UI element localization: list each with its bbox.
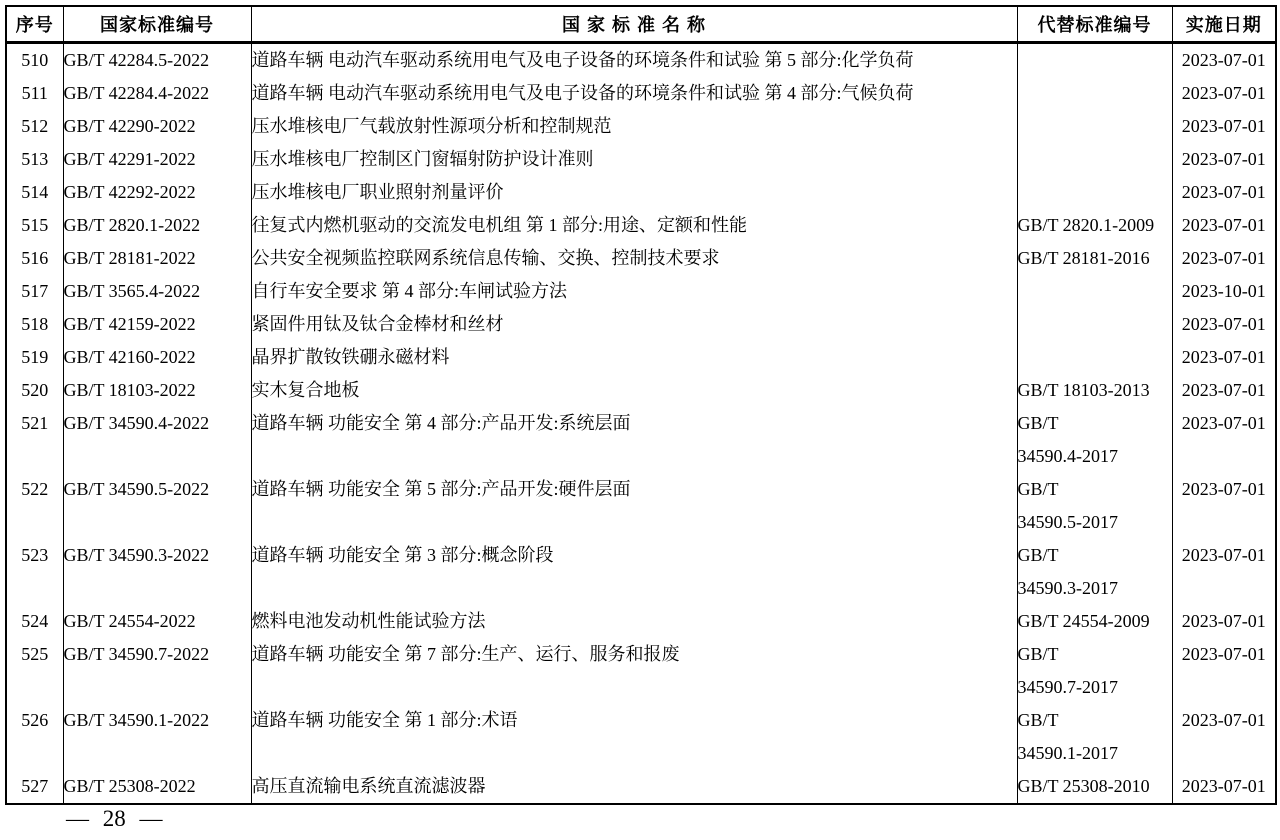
cell-seq: 512	[6, 110, 63, 143]
cell-replaced-code	[1017, 43, 1172, 78]
cell-seq: 520	[6, 374, 63, 407]
cell-standard-name: 压水堆核电厂控制区门窗辐射防护设计准则	[251, 143, 1017, 176]
cell-seq: 522	[6, 473, 63, 539]
cell-implementation-date: 2023-07-01	[1172, 110, 1276, 143]
cell-implementation-date: 2023-07-01	[1172, 638, 1276, 704]
cell-standard-name: 实木复合地板	[251, 374, 1017, 407]
cell-standard-code: GB/T 42292-2022	[63, 176, 251, 209]
cell-standard-code: GB/T 34590.3-2022	[63, 539, 251, 605]
standards-table: 序号 国家标准编号 国 家 标 准 名 称 代替标准编号 实施日期 510GB/…	[5, 5, 1277, 805]
table-row: 513GB/T 42291-2022压水堆核电厂控制区门窗辐射防护设计准则202…	[6, 143, 1276, 176]
cell-standard-name: 道路车辆 功能安全 第 7 部分:生产、运行、服务和报废	[251, 638, 1017, 704]
cell-seq: 517	[6, 275, 63, 308]
cell-replaced-code: GB/T 34590.4-2017	[1017, 407, 1172, 473]
cell-implementation-date: 2023-07-01	[1172, 704, 1276, 770]
table-row: 524GB/T 24554-2022燃料电池发动机性能试验方法GB/T 2455…	[6, 605, 1276, 638]
cell-standard-code: GB/T 42290-2022	[63, 110, 251, 143]
cell-seq: 510	[6, 43, 63, 78]
table-row: 527GB/T 25308-2022高压直流输电系统直流滤波器GB/T 2530…	[6, 770, 1276, 804]
cell-replaced-code	[1017, 275, 1172, 308]
cell-seq: 518	[6, 308, 63, 341]
cell-implementation-date: 2023-07-01	[1172, 143, 1276, 176]
cell-implementation-date: 2023-07-01	[1172, 374, 1276, 407]
col-header-standard-code: 国家标准编号	[63, 6, 251, 43]
cell-implementation-date: 2023-07-01	[1172, 473, 1276, 539]
table-row: 511GB/T 42284.4-2022道路车辆 电动汽车驱动系统用电气及电子设…	[6, 77, 1276, 110]
cell-replaced-code: GB/T 34590.5-2017	[1017, 473, 1172, 539]
table-row: 522GB/T 34590.5-2022道路车辆 功能安全 第 5 部分:产品开…	[6, 473, 1276, 539]
table-row: 515GB/T 2820.1-2022往复式内燃机驱动的交流发电机组 第 1 部…	[6, 209, 1276, 242]
cell-standard-code: GB/T 34590.5-2022	[63, 473, 251, 539]
cell-replaced-code	[1017, 308, 1172, 341]
cell-standard-code: GB/T 3565.4-2022	[63, 275, 251, 308]
cell-standard-name: 晶界扩散钕铁硼永磁材料	[251, 341, 1017, 374]
cell-implementation-date: 2023-07-01	[1172, 341, 1276, 374]
col-header-standard-name: 国 家 标 准 名 称	[251, 6, 1017, 43]
cell-replaced-code: GB/T 34590.3-2017	[1017, 539, 1172, 605]
cell-replaced-code	[1017, 77, 1172, 110]
cell-seq: 526	[6, 704, 63, 770]
cell-standard-code: GB/T 25308-2022	[63, 770, 251, 804]
cell-seq: 515	[6, 209, 63, 242]
cell-implementation-date: 2023-07-01	[1172, 43, 1276, 78]
table-row: 516GB/T 28181-2022公共安全视频监控联网系统信息传输、交换、控制…	[6, 242, 1276, 275]
cell-seq: 516	[6, 242, 63, 275]
table-row: 518GB/T 42159-2022紧固件用钛及钛合金棒材和丝材2023-07-…	[6, 308, 1276, 341]
cell-standard-code: GB/T 42284.5-2022	[63, 43, 251, 78]
cell-replaced-code: GB/T 34590.1-2017	[1017, 704, 1172, 770]
cell-implementation-date: 2023-07-01	[1172, 176, 1276, 209]
cell-implementation-date: 2023-07-01	[1172, 242, 1276, 275]
cell-replaced-code: GB/T 2820.1-2009	[1017, 209, 1172, 242]
cell-standard-code: GB/T 18103-2022	[63, 374, 251, 407]
cell-replaced-code: GB/T 18103-2013	[1017, 374, 1172, 407]
cell-standard-name: 公共安全视频监控联网系统信息传输、交换、控制技术要求	[251, 242, 1017, 275]
cell-standard-name: 道路车辆 功能安全 第 5 部分:产品开发:硬件层面	[251, 473, 1017, 539]
cell-implementation-date: 2023-10-01	[1172, 275, 1276, 308]
cell-implementation-date: 2023-07-01	[1172, 539, 1276, 605]
col-header-replaced-code: 代替标准编号	[1017, 6, 1172, 43]
table-row: 512GB/T 42290-2022压水堆核电厂气载放射性源项分析和控制规范20…	[6, 110, 1276, 143]
cell-standard-name: 道路车辆 电动汽车驱动系统用电气及电子设备的环境条件和试验 第 5 部分:化学负…	[251, 43, 1017, 78]
cell-replaced-code	[1017, 341, 1172, 374]
table-row: 519GB/T 42160-2022晶界扩散钕铁硼永磁材料2023-07-01	[6, 341, 1276, 374]
cell-standard-name: 压水堆核电厂职业照射剂量评价	[251, 176, 1017, 209]
cell-standard-name: 道路车辆 功能安全 第 1 部分:术语	[251, 704, 1017, 770]
table-row: 526GB/T 34590.1-2022道路车辆 功能安全 第 1 部分:术语G…	[6, 704, 1276, 770]
cell-replaced-code: GB/T 28181-2016	[1017, 242, 1172, 275]
cell-standard-code: GB/T 34590.4-2022	[63, 407, 251, 473]
cell-standard-name: 压水堆核电厂气载放射性源项分析和控制规范	[251, 110, 1017, 143]
cell-seq: 523	[6, 539, 63, 605]
cell-replaced-code	[1017, 110, 1172, 143]
table-header-row: 序号 国家标准编号 国 家 标 准 名 称 代替标准编号 实施日期	[6, 6, 1276, 43]
cell-seq: 511	[6, 77, 63, 110]
cell-standard-code: GB/T 42160-2022	[63, 341, 251, 374]
table-row: 510GB/T 42284.5-2022道路车辆 电动汽车驱动系统用电气及电子设…	[6, 43, 1276, 78]
document-page: 序号 国家标准编号 国 家 标 准 名 称 代替标准编号 实施日期 510GB/…	[0, 0, 1280, 840]
cell-standard-code: GB/T 28181-2022	[63, 242, 251, 275]
cell-seq: 525	[6, 638, 63, 704]
cell-standard-name: 自行车安全要求 第 4 部分:车闸试验方法	[251, 275, 1017, 308]
cell-replaced-code: GB/T 25308-2010	[1017, 770, 1172, 804]
cell-standard-code: GB/T 42159-2022	[63, 308, 251, 341]
col-header-implementation-date: 实施日期	[1172, 6, 1276, 43]
cell-standard-code: GB/T 42284.4-2022	[63, 77, 251, 110]
cell-implementation-date: 2023-07-01	[1172, 407, 1276, 473]
cell-seq: 524	[6, 605, 63, 638]
cell-standard-name: 紧固件用钛及钛合金棒材和丝材	[251, 308, 1017, 341]
cell-replaced-code: GB/T 24554-2009	[1017, 605, 1172, 638]
standards-table-body: 510GB/T 42284.5-2022道路车辆 电动汽车驱动系统用电气及电子设…	[6, 43, 1276, 805]
cell-implementation-date: 2023-07-01	[1172, 605, 1276, 638]
cell-implementation-date: 2023-07-01	[1172, 770, 1276, 804]
cell-standard-name: 道路车辆 电动汽车驱动系统用电气及电子设备的环境条件和试验 第 4 部分:气候负…	[251, 77, 1017, 110]
cell-seq: 519	[6, 341, 63, 374]
cell-seq: 521	[6, 407, 63, 473]
cell-standard-code: GB/T 42291-2022	[63, 143, 251, 176]
cell-standard-code: GB/T 24554-2022	[63, 605, 251, 638]
cell-implementation-date: 2023-07-01	[1172, 209, 1276, 242]
table-row: 523GB/T 34590.3-2022道路车辆 功能安全 第 3 部分:概念阶…	[6, 539, 1276, 605]
page-number: — 28 —	[66, 804, 163, 834]
cell-replaced-code	[1017, 143, 1172, 176]
cell-standard-name: 往复式内燃机驱动的交流发电机组 第 1 部分:用途、定额和性能	[251, 209, 1017, 242]
cell-standard-code: GB/T 2820.1-2022	[63, 209, 251, 242]
cell-seq: 514	[6, 176, 63, 209]
cell-seq: 527	[6, 770, 63, 804]
cell-implementation-date: 2023-07-01	[1172, 308, 1276, 341]
cell-standard-code: GB/T 34590.1-2022	[63, 704, 251, 770]
cell-replaced-code: GB/T 34590.7-2017	[1017, 638, 1172, 704]
cell-standard-name: 道路车辆 功能安全 第 4 部分:产品开发:系统层面	[251, 407, 1017, 473]
table-row: 517GB/T 3565.4-2022自行车安全要求 第 4 部分:车闸试验方法…	[6, 275, 1276, 308]
table-row: 514GB/T 42292-2022压水堆核电厂职业照射剂量评价2023-07-…	[6, 176, 1276, 209]
cell-implementation-date: 2023-07-01	[1172, 77, 1276, 110]
table-row: 525GB/T 34590.7-2022道路车辆 功能安全 第 7 部分:生产、…	[6, 638, 1276, 704]
table-row: 520GB/T 18103-2022实木复合地板GB/T 18103-20132…	[6, 374, 1276, 407]
col-header-seq: 序号	[6, 6, 63, 43]
cell-standard-name: 高压直流输电系统直流滤波器	[251, 770, 1017, 804]
cell-standard-name: 道路车辆 功能安全 第 3 部分:概念阶段	[251, 539, 1017, 605]
cell-standard-name: 燃料电池发动机性能试验方法	[251, 605, 1017, 638]
table-row: 521GB/T 34590.4-2022道路车辆 功能安全 第 4 部分:产品开…	[6, 407, 1276, 473]
cell-seq: 513	[6, 143, 63, 176]
cell-replaced-code	[1017, 176, 1172, 209]
cell-standard-code: GB/T 34590.7-2022	[63, 638, 251, 704]
